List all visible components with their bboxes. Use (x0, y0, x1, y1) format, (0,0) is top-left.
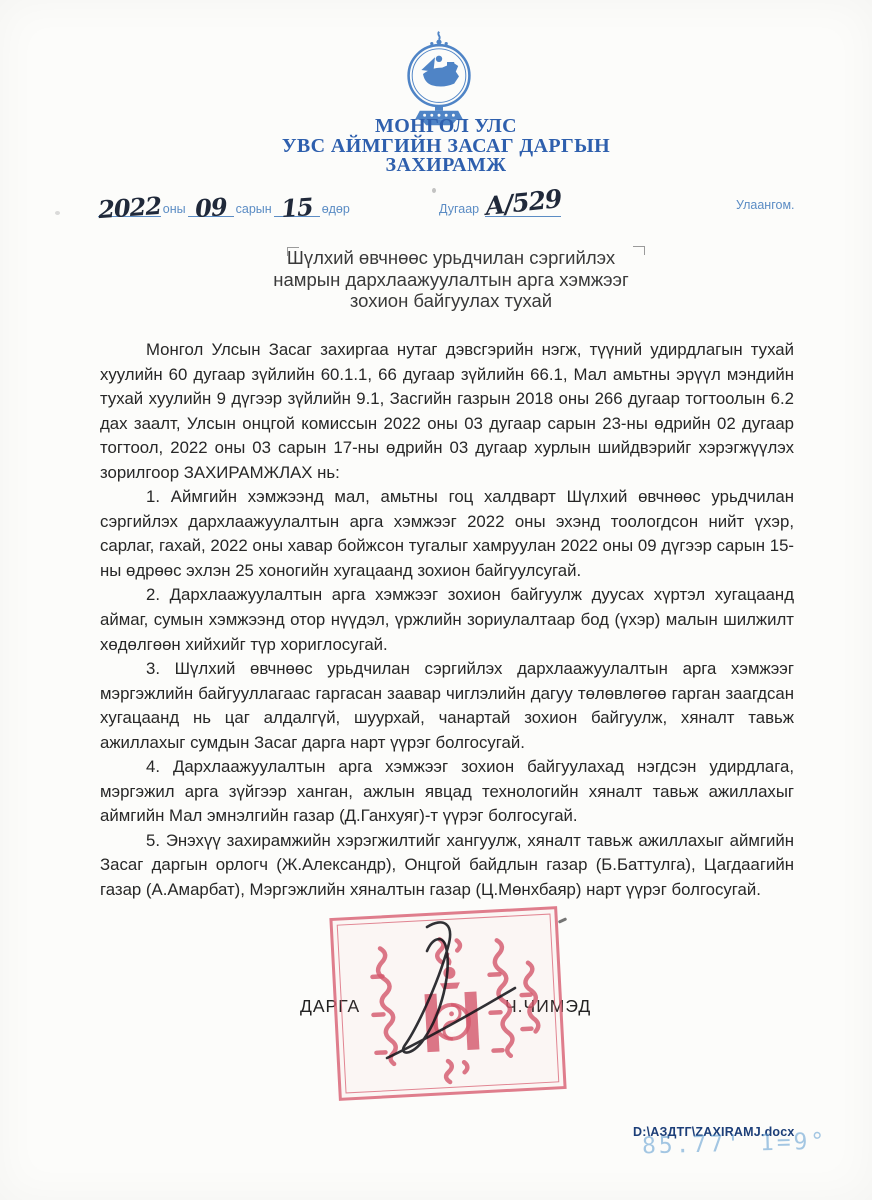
handwritten-day: 15 (281, 202, 313, 214)
scanned-document-page: МОНГОЛ УЛС УВС АЙМГИЙН ЗАСАГ ДАРГЫН ЗАХИ… (0, 0, 872, 1200)
governor-signature (365, 913, 565, 1073)
order-item-3: 3. Шүлхий өвчнөөс урьдчилан сэргийлэх да… (100, 657, 794, 755)
scan-speck (55, 211, 60, 215)
order-item-5: 5. Энэхүү захирамжийн хэрэгжилтийг хангу… (100, 829, 794, 903)
header-country: МОНГОЛ УЛС (236, 117, 656, 137)
city-label: Улаангом. (736, 198, 795, 212)
day-blank: 15 (274, 200, 320, 217)
handwritten-number: А/529 (484, 194, 561, 212)
order-item-4: 4. Дархлаажуулалтын арга хэмжээг зохион … (100, 755, 794, 829)
handwritten-year: 2022 (98, 201, 161, 215)
year-label: оны (161, 202, 188, 216)
title-line-2: намрын дархлаажуулалтын арга хэмжээг (226, 269, 676, 291)
footer-scan-stamp-mark: 85.77' 1=9° (642, 1129, 828, 1160)
handwritten-month: 09 (195, 202, 227, 214)
month-label: сарын (234, 202, 274, 216)
year-blank: 2022 (98, 200, 161, 217)
number-blank: А/529 (485, 200, 562, 217)
title-line-3: зохион байгуулах тухай (226, 290, 676, 312)
scan-speck (432, 188, 436, 193)
title-line-1: Шүлхий өвчнөөс урьдчилан сэргийлэх (226, 247, 676, 269)
document-body: Монгол Улсын Засаг захиргаа нутаг дэвсгэ… (100, 338, 794, 903)
document-header: МОНГОЛ УЛС УВС АЙМГИЙН ЗАСАГ ДАРГЫН ЗАХИ… (236, 117, 656, 176)
order-item-2: 2. Дархлаажуулалтын арга хэмжээг зохион … (100, 583, 794, 657)
document-title: Шүлхий өвчнөөс урьдчилан сэргийлэх намры… (226, 247, 676, 312)
preamble-paragraph: Монгол Улсын Засаг захиргаа нутаг дэвсгэ… (100, 338, 794, 485)
month-blank: 09 (188, 200, 234, 217)
date-number-row: 2022оны09сарын15өдөр Дугаар А/529 Улаанг… (0, 186, 872, 228)
order-item-1: 1. Аймгийн хэмжээнд мал, амьтны гоц халд… (100, 485, 794, 583)
header-doc-type: ЗАХИРАМЖ (236, 156, 656, 176)
document-number-field: Дугаар А/529 (437, 200, 561, 217)
day-label: өдөр (320, 202, 352, 216)
number-label: Дугаар (437, 202, 481, 216)
date-fields: 2022оны09сарын15өдөр (98, 200, 352, 217)
